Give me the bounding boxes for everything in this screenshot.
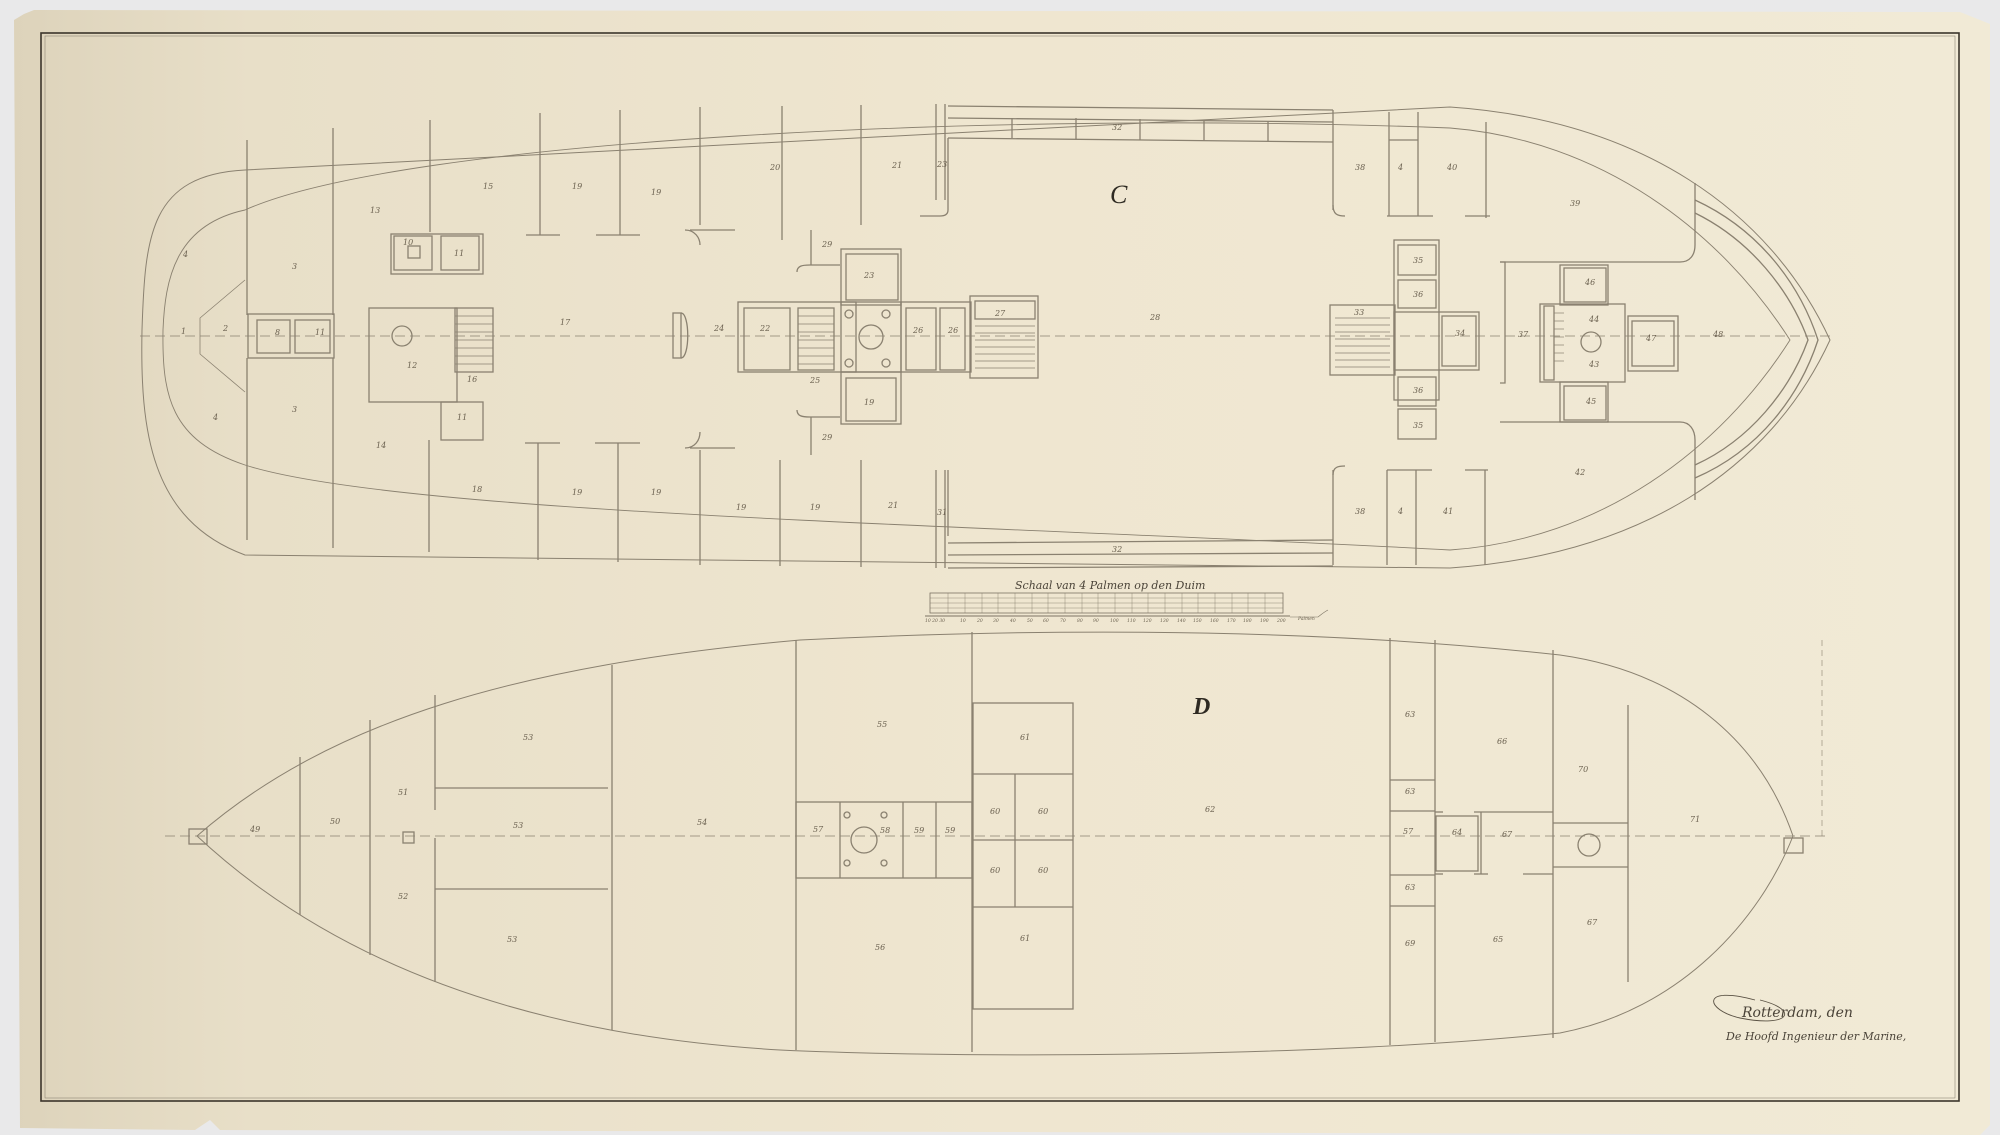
- svg-text:19: 19: [651, 188, 661, 197]
- svg-text:34: 34: [1455, 329, 1465, 338]
- svg-text:11: 11: [454, 249, 464, 258]
- svg-text:190: 190: [1260, 618, 1269, 624]
- svg-text:14: 14: [376, 441, 386, 450]
- plan-d-label: D: [1192, 694, 1210, 720]
- svg-text:170: 170: [1227, 618, 1236, 624]
- svg-text:59: 59: [945, 826, 955, 835]
- svg-text:63: 63: [1405, 710, 1415, 719]
- svg-text:19: 19: [864, 398, 874, 407]
- svg-text:Palmen: Palmen: [1297, 616, 1315, 622]
- svg-text:48: 48: [1712, 330, 1723, 339]
- svg-text:46: 46: [1584, 278, 1595, 287]
- svg-text:70: 70: [1060, 618, 1066, 624]
- svg-text:12: 12: [407, 361, 417, 370]
- svg-text:4: 4: [212, 413, 218, 422]
- svg-text:41: 41: [1442, 507, 1453, 516]
- svg-text:50: 50: [1027, 618, 1033, 624]
- svg-text:26: 26: [947, 326, 958, 335]
- plan-c-label: C: [1110, 180, 1128, 209]
- svg-text:13: 13: [370, 206, 380, 215]
- svg-text:24: 24: [713, 324, 724, 333]
- svg-text:39: 39: [1570, 199, 1580, 208]
- svg-text:43: 43: [1588, 360, 1599, 369]
- svg-text:63: 63: [1405, 787, 1415, 796]
- svg-text:8: 8: [275, 328, 280, 337]
- svg-text:60: 60: [1038, 866, 1048, 875]
- svg-text:2: 2: [222, 324, 228, 333]
- svg-text:10 20 30: 10 20 30: [925, 618, 945, 624]
- svg-text:60: 60: [1043, 618, 1049, 624]
- signature-line-1: Rotterdam, den: [1741, 1005, 1853, 1021]
- svg-text:40: 40: [1009, 618, 1016, 624]
- svg-text:35: 35: [1413, 256, 1423, 265]
- svg-text:57: 57: [813, 825, 824, 834]
- svg-text:66: 66: [1497, 737, 1507, 746]
- signature-line-2: De Hoofd Ingenieur der Marine,: [1725, 1030, 1906, 1043]
- svg-text:11: 11: [457, 413, 467, 422]
- svg-text:11: 11: [315, 328, 325, 337]
- svg-text:69: 69: [1405, 939, 1415, 948]
- svg-text:47: 47: [1645, 334, 1657, 343]
- svg-text:67: 67: [1587, 918, 1598, 927]
- svg-text:4: 4: [182, 250, 188, 259]
- svg-text:37: 37: [1518, 330, 1529, 339]
- svg-text:3: 3: [292, 262, 297, 271]
- svg-text:57: 57: [1403, 827, 1414, 836]
- svg-text:19: 19: [810, 503, 820, 512]
- svg-text:3: 3: [292, 405, 297, 414]
- svg-text:23: 23: [936, 160, 947, 169]
- svg-text:19: 19: [736, 503, 746, 512]
- svg-text:35: 35: [1413, 421, 1423, 430]
- svg-text:54: 54: [697, 818, 707, 827]
- svg-text:23: 23: [863, 271, 874, 280]
- svg-text:18: 18: [472, 485, 482, 494]
- svg-text:4: 4: [1397, 163, 1403, 172]
- svg-text:61: 61: [1020, 733, 1030, 742]
- svg-text:130: 130: [1160, 618, 1169, 624]
- scale-caption: Schaal van 4 Palmen op den Duim: [1015, 579, 1205, 592]
- ship-plan-sheet: 4 1 2 4 3 3 8 11 13 15 10 11 12 16 11 14…: [0, 0, 2000, 1135]
- svg-text:140: 140: [1177, 618, 1186, 624]
- svg-text:27: 27: [994, 309, 1006, 318]
- svg-text:50: 50: [330, 817, 340, 826]
- svg-text:38: 38: [1355, 163, 1365, 172]
- svg-text:80: 80: [1077, 618, 1083, 624]
- svg-text:71: 71: [1690, 815, 1700, 824]
- svg-text:40: 40: [1446, 163, 1457, 172]
- svg-text:1: 1: [181, 327, 186, 336]
- svg-text:19: 19: [651, 488, 661, 497]
- svg-text:65: 65: [1493, 935, 1503, 944]
- svg-text:19: 19: [572, 488, 582, 497]
- svg-text:26: 26: [912, 326, 923, 335]
- svg-text:56: 56: [875, 943, 885, 952]
- svg-text:61: 61: [1020, 934, 1030, 943]
- svg-text:38: 38: [1355, 507, 1365, 516]
- svg-text:55: 55: [877, 720, 887, 729]
- svg-text:60: 60: [1038, 807, 1048, 816]
- svg-text:29: 29: [821, 433, 832, 442]
- svg-text:120: 120: [1143, 618, 1152, 624]
- svg-text:70: 70: [1578, 765, 1588, 774]
- svg-text:200: 200: [1276, 618, 1286, 624]
- svg-text:52: 52: [398, 892, 408, 901]
- svg-text:90: 90: [1093, 618, 1099, 624]
- svg-text:63: 63: [1405, 883, 1415, 892]
- svg-text:25: 25: [809, 376, 820, 385]
- svg-text:21: 21: [891, 161, 902, 170]
- svg-text:4: 4: [1397, 507, 1403, 516]
- svg-text:28: 28: [1149, 313, 1160, 322]
- svg-text:16: 16: [467, 375, 477, 384]
- svg-text:22: 22: [759, 324, 770, 333]
- svg-text:20: 20: [769, 163, 780, 172]
- svg-text:42: 42: [1574, 468, 1585, 477]
- svg-text:10: 10: [960, 618, 966, 624]
- svg-text:62: 62: [1205, 805, 1215, 814]
- svg-text:15: 15: [483, 182, 493, 191]
- svg-text:31: 31: [937, 508, 947, 517]
- svg-text:51: 51: [398, 788, 408, 797]
- svg-text:29: 29: [821, 240, 832, 249]
- paper: [14, 10, 1990, 1135]
- svg-text:44: 44: [1588, 315, 1599, 324]
- svg-text:19: 19: [572, 182, 582, 191]
- svg-text:110: 110: [1127, 618, 1136, 624]
- svg-text:36: 36: [1413, 386, 1423, 395]
- svg-text:60: 60: [990, 866, 1000, 875]
- svg-text:49: 49: [249, 825, 260, 834]
- svg-text:53: 53: [523, 733, 533, 742]
- svg-text:45: 45: [1585, 397, 1596, 406]
- svg-text:53: 53: [507, 935, 517, 944]
- svg-text:60: 60: [990, 807, 1000, 816]
- svg-text:20: 20: [976, 618, 983, 624]
- svg-text:160: 160: [1210, 618, 1219, 624]
- svg-text:30: 30: [993, 618, 999, 624]
- svg-text:33: 33: [1354, 308, 1364, 317]
- svg-text:150: 150: [1193, 618, 1202, 624]
- svg-text:100: 100: [1110, 618, 1119, 624]
- svg-text:21: 21: [887, 501, 898, 510]
- svg-text:53: 53: [513, 821, 523, 830]
- svg-text:17: 17: [560, 318, 571, 327]
- svg-text:67: 67: [1502, 830, 1513, 839]
- svg-text:32: 32: [1112, 545, 1122, 554]
- svg-text:59: 59: [914, 826, 924, 835]
- svg-text:180: 180: [1243, 618, 1252, 624]
- svg-text:36: 36: [1413, 290, 1423, 299]
- svg-text:64: 64: [1452, 828, 1462, 837]
- svg-text:32: 32: [1112, 123, 1122, 132]
- svg-text:10: 10: [403, 238, 413, 247]
- svg-text:58: 58: [880, 826, 890, 835]
